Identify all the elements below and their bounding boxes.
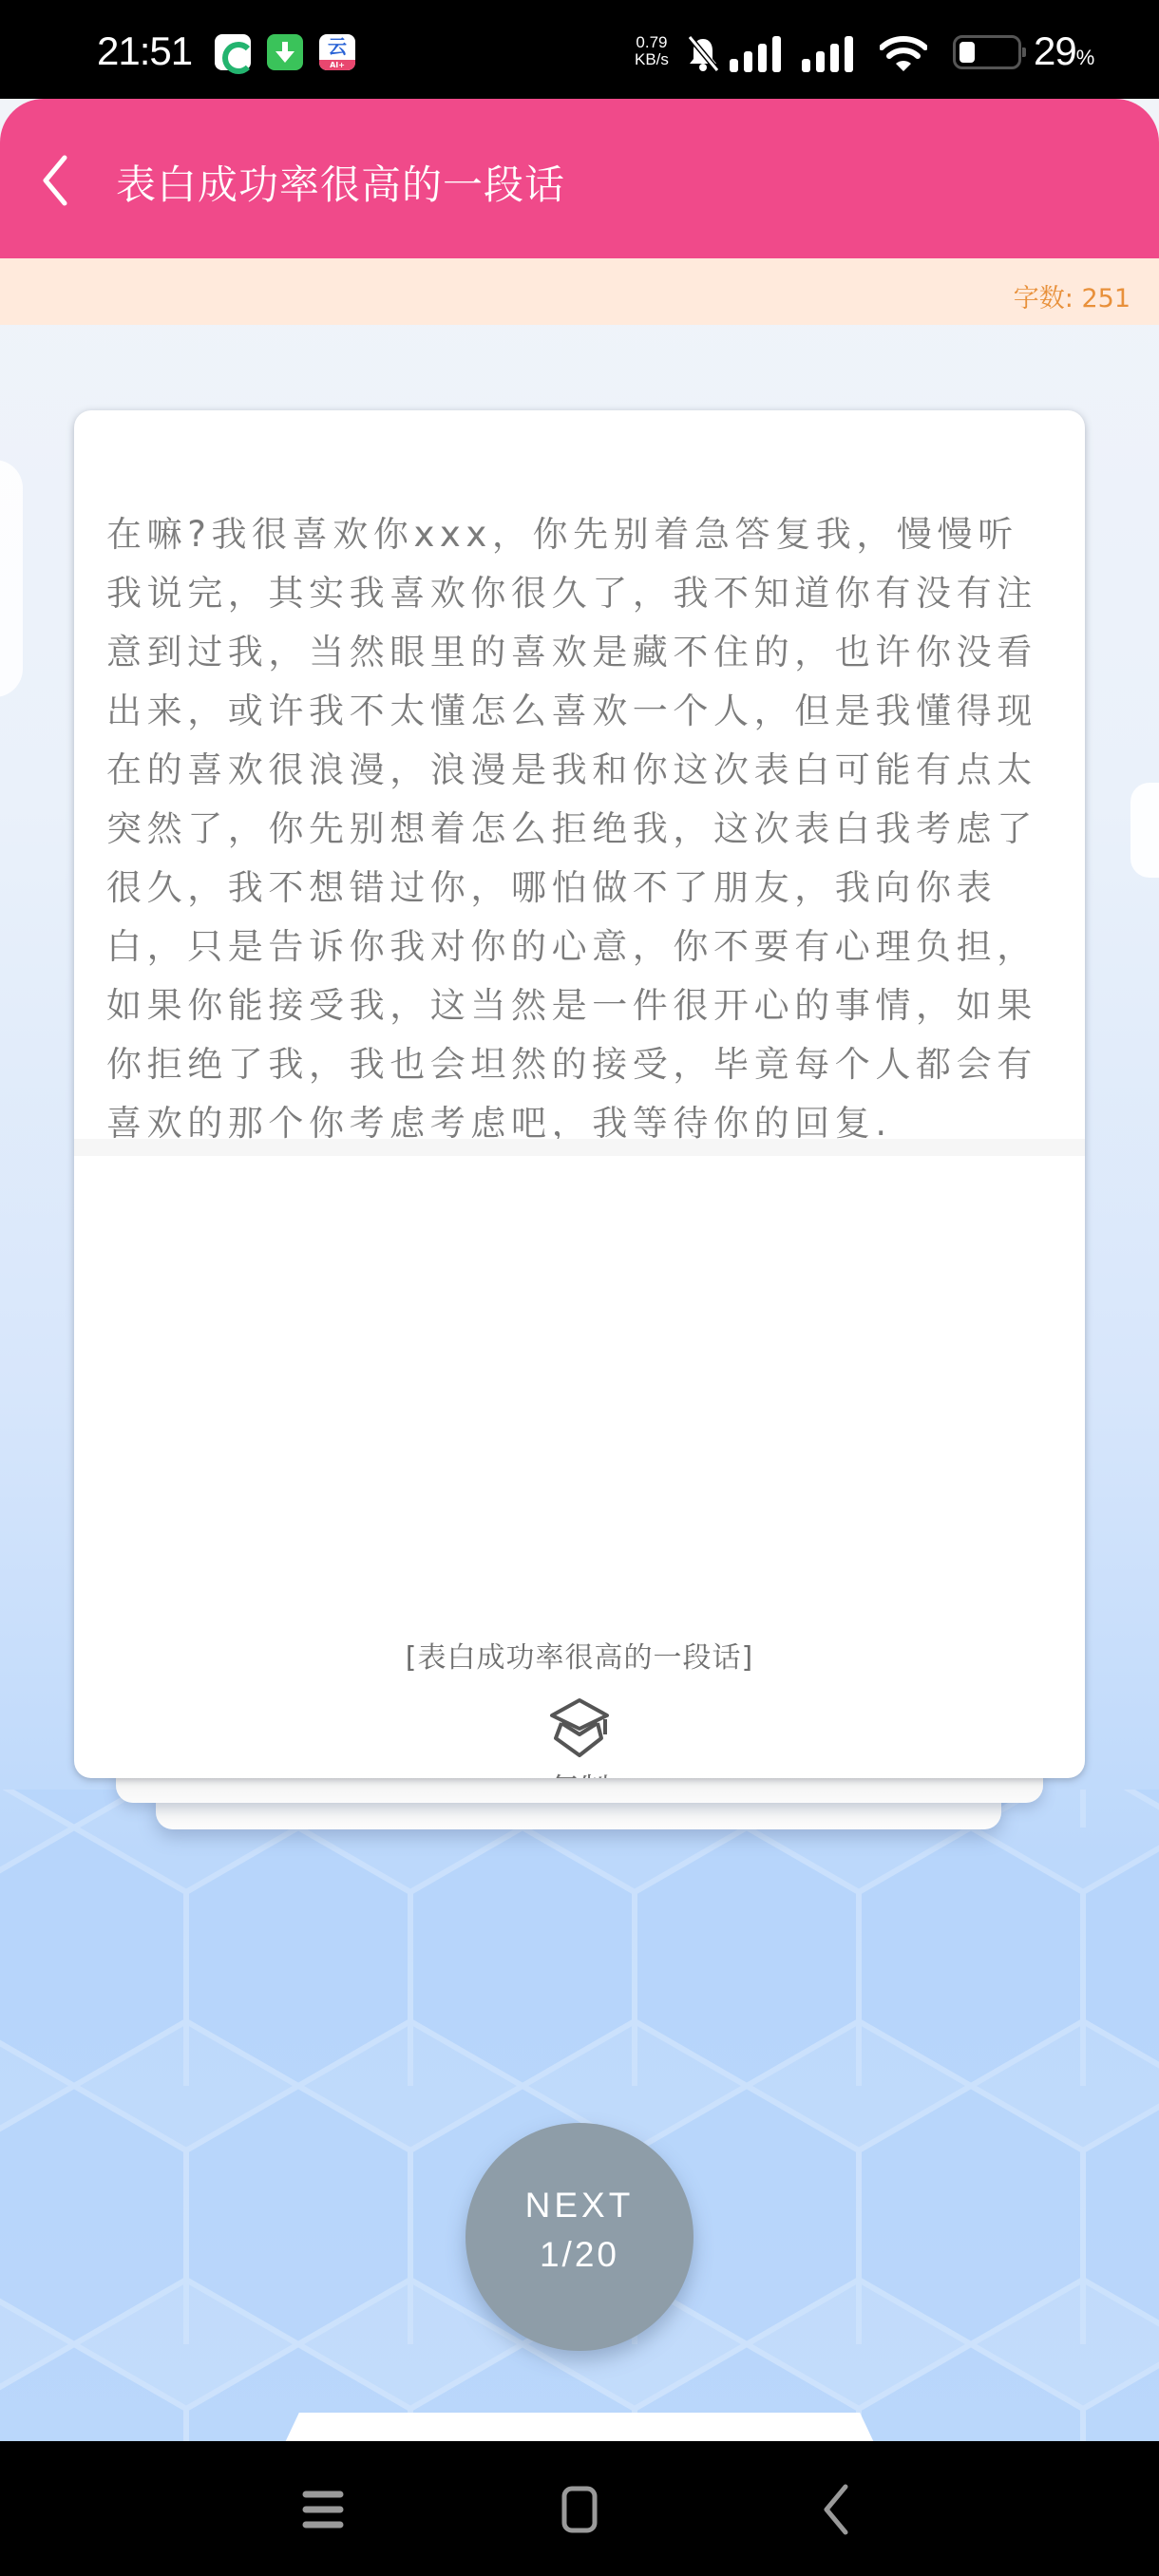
copy-label: 复制 [522, 1765, 636, 1778]
next-label: NEXT [465, 2186, 693, 2226]
page: 表白成功率很高的一段话 字数: 251 在嘛?我很喜欢你xxx，你先别着急答复我… [0, 99, 1159, 2441]
network-speed-unit: KB/s [635, 51, 669, 68]
app-header: 表白成功率很高的一段话 [0, 99, 1159, 258]
side-decoration-right [1130, 783, 1159, 878]
page-counter: 1/20 [465, 2235, 693, 2275]
card-divider [74, 1139, 1085, 1156]
battery-icon [953, 35, 1021, 69]
card-caption: [表白成功率很高的一段话] [74, 1634, 1085, 1676]
graduation-cap-icon [548, 1696, 611, 1759]
status-time: 21:51 [97, 28, 192, 74]
wifi-icon [880, 36, 927, 72]
ai-badge: AI+ [319, 60, 355, 70]
back-button[interactable] [36, 152, 78, 209]
copy-button[interactable]: 复制 [522, 1696, 636, 1778]
cloud-glyph: 云 [319, 36, 355, 57]
network-speed-value: 0.79 [635, 34, 669, 51]
network-speed: 0.79 KB/s [635, 34, 669, 68]
next-button[interactable]: NEXT 1/20 [465, 2123, 693, 2351]
mute-bell-icon [686, 34, 720, 72]
content-card: 在嘛?我很喜欢你xxx，你先别着急答复我，慢慢听我说完，其实我喜欢你很久了，我不… [74, 410, 1085, 1778]
home-icon[interactable] [551, 2481, 608, 2538]
word-count-bar: 字数: 251 [0, 258, 1159, 325]
download-app-icon [267, 34, 303, 70]
page-title: 表白成功率很高的一段话 [116, 154, 565, 211]
confession-text: 在嘛?我很喜欢你xxx，你先别着急答复我，慢慢听我说完，其实我喜欢你很久了，我不… [106, 505, 1056, 1153]
cloud-ai-app-icon: 云 AI+ [319, 34, 355, 70]
bottom-tab-decoration [281, 2413, 878, 2441]
menu-icon[interactable] [294, 2481, 351, 2538]
battery-percent: 29% [1034, 28, 1093, 74]
back-icon[interactable] [807, 2481, 864, 2538]
status-bar: 21:51 云 AI+ 0.79 KB/s 29% [0, 0, 1159, 100]
system-nav-bar [0, 2441, 1159, 2576]
signal-icon [802, 36, 859, 72]
side-decoration-left [0, 460, 23, 697]
green-ring-app-icon [215, 34, 251, 70]
signal-icon [730, 36, 787, 72]
word-count: 字数: 251 [1014, 277, 1130, 314]
